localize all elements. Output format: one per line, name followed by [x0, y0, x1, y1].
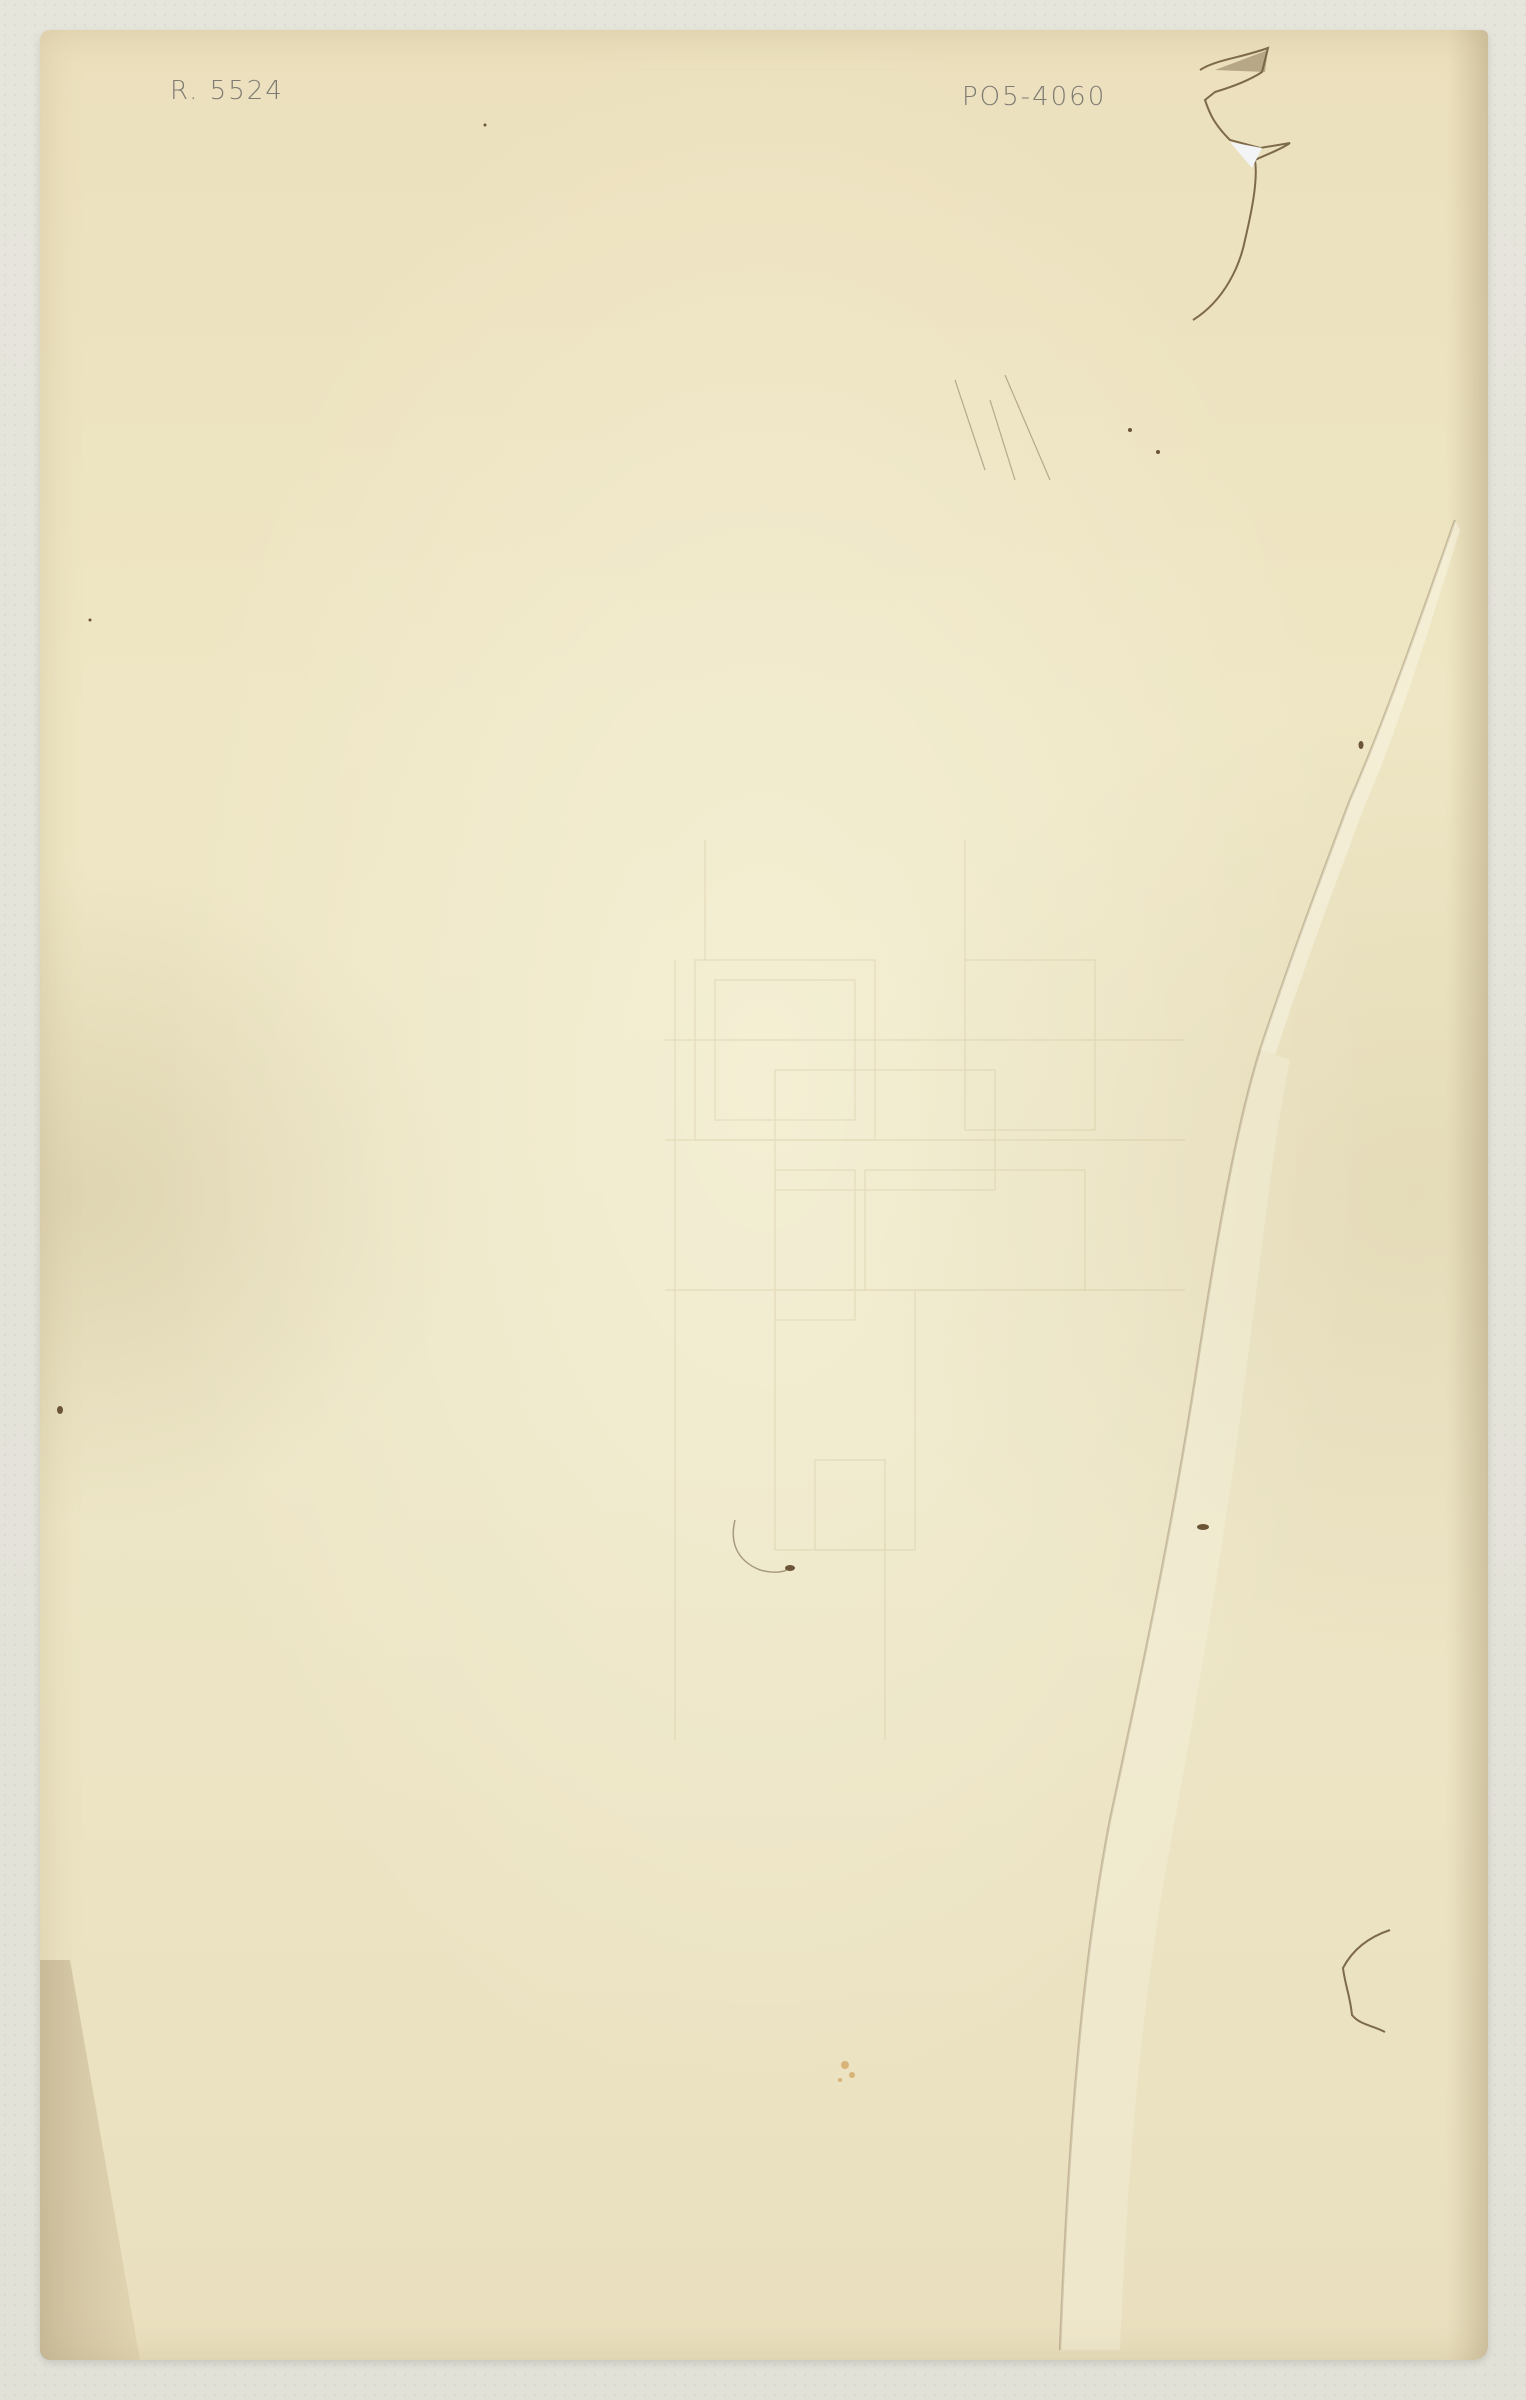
show-through-drawing: [665, 840, 1185, 1740]
catalog-number-inscription: R. 5524: [170, 76, 284, 106]
reference-number-inscription: PO5-4060: [962, 82, 1106, 112]
